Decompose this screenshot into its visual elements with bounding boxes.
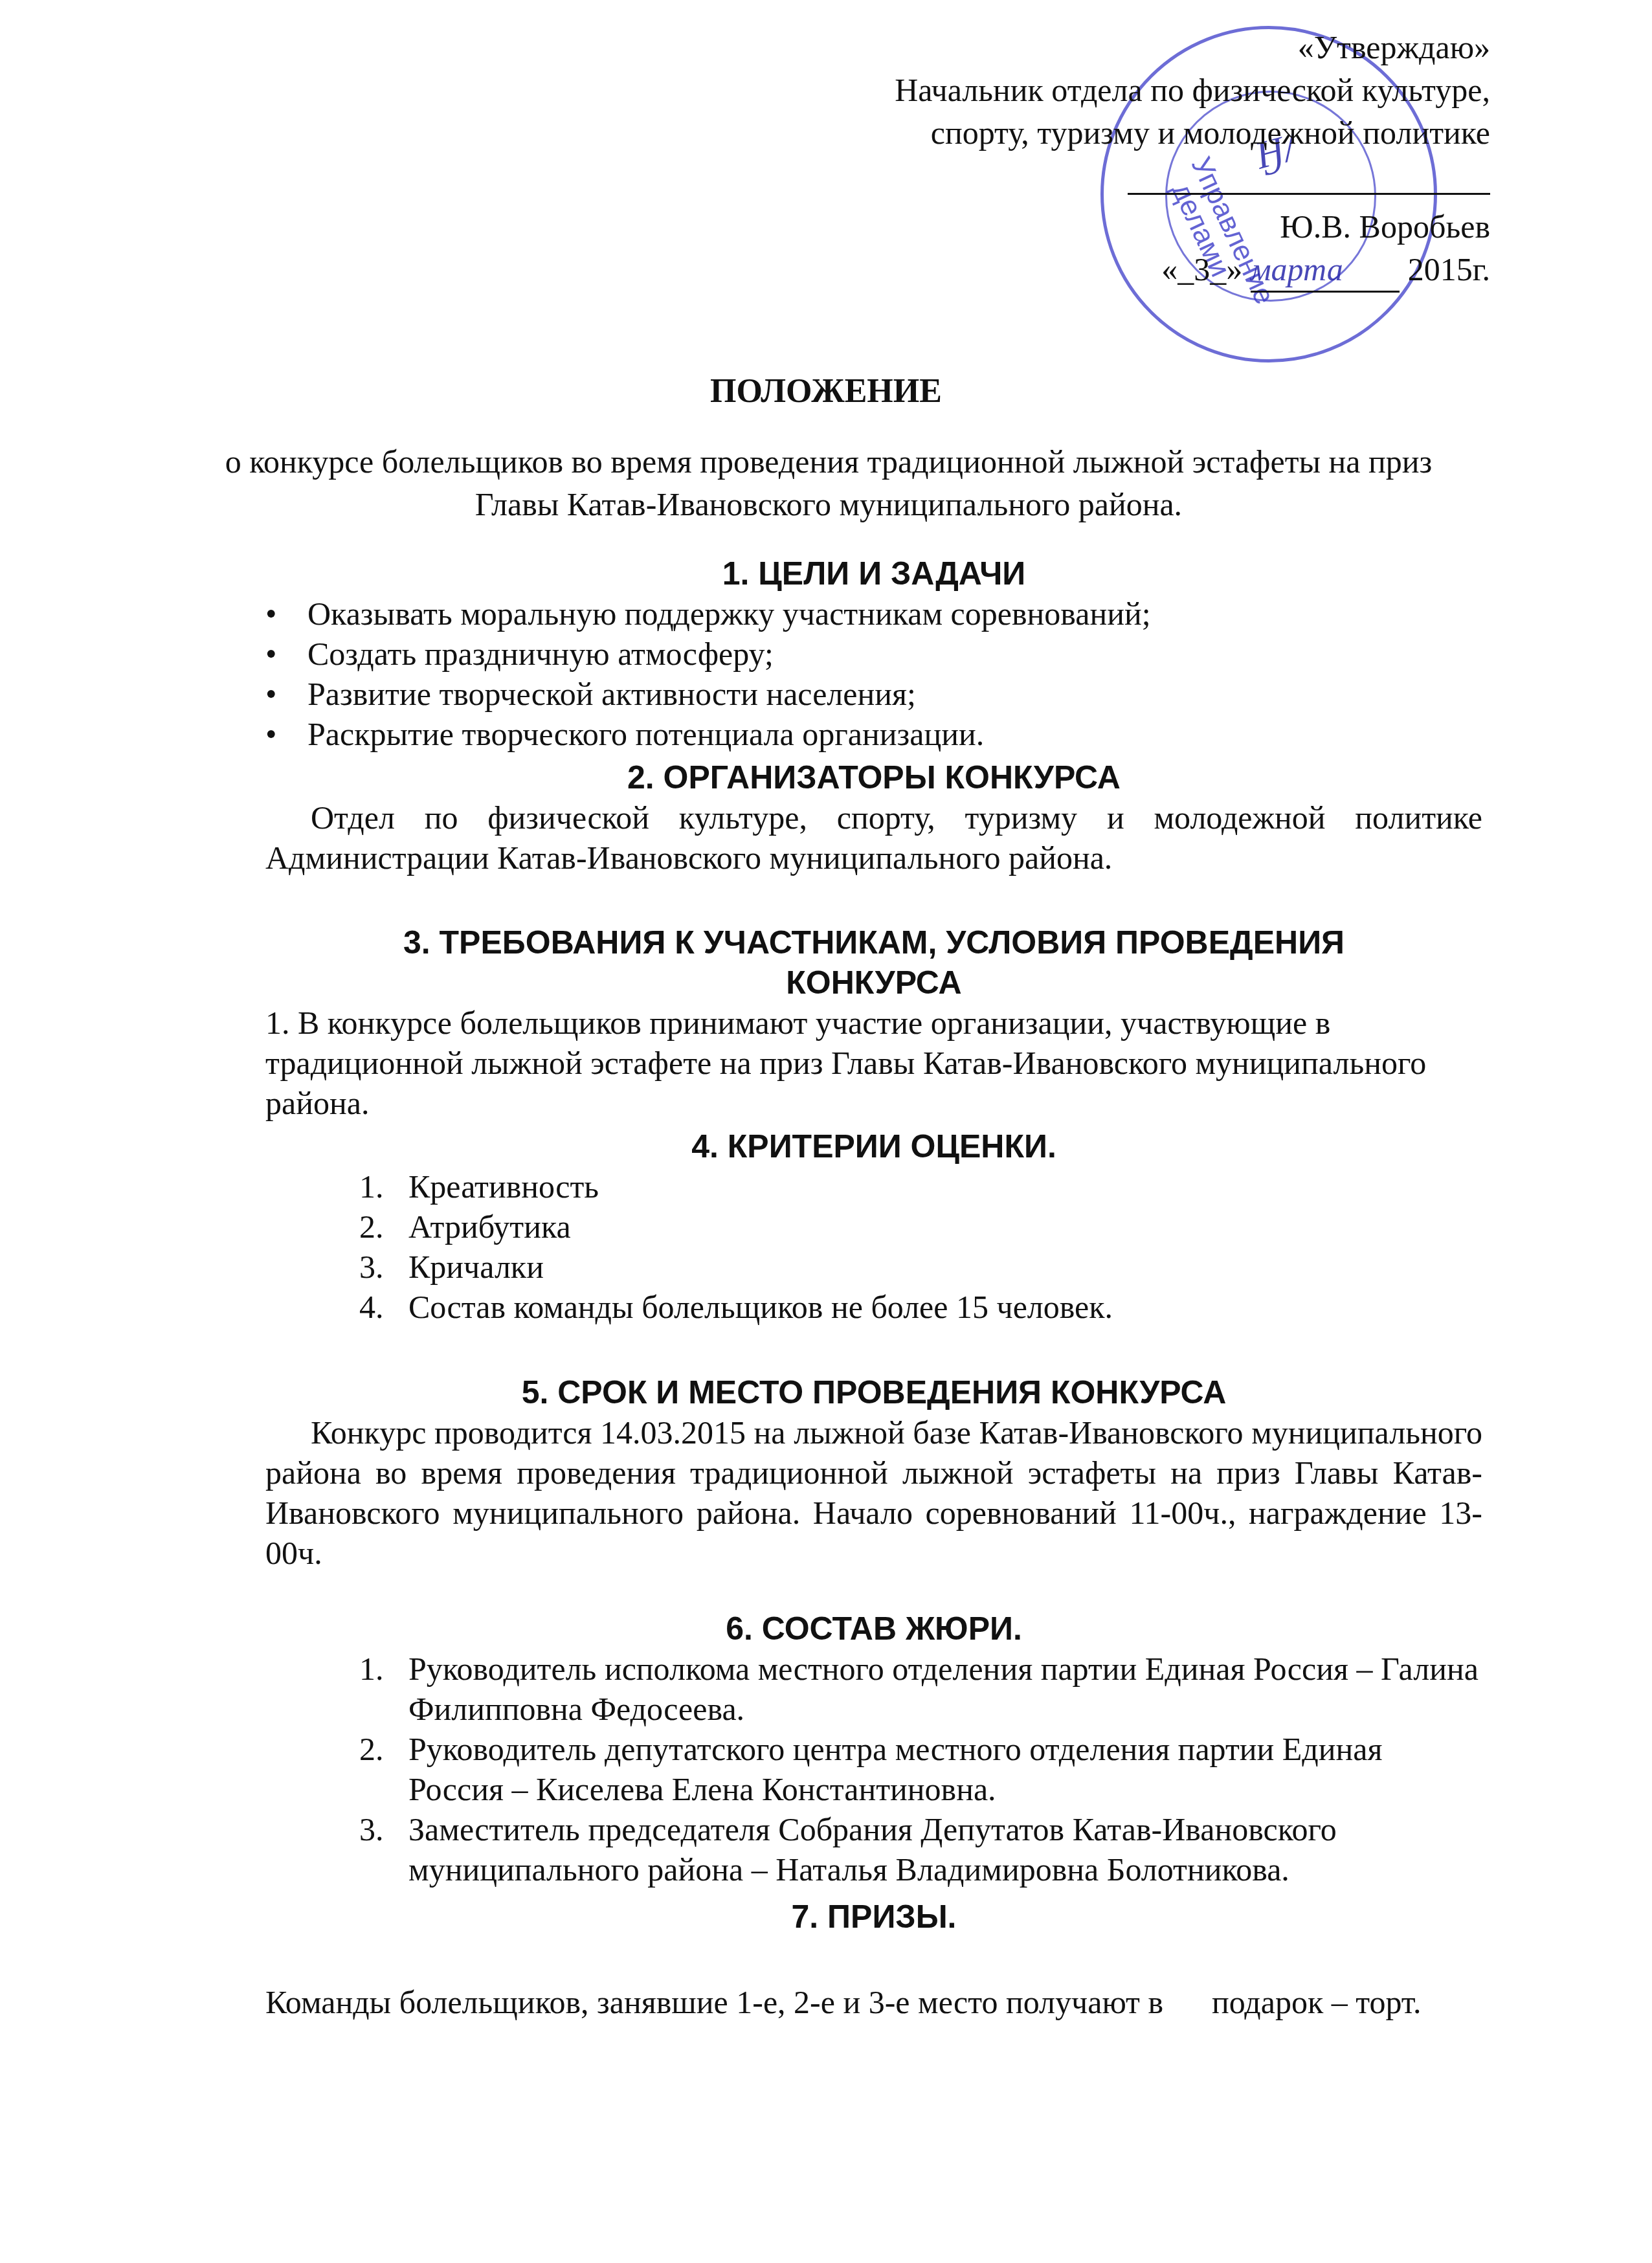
- approval-date-month: марта: [1251, 251, 1343, 287]
- section-heading: 3. ТРЕБОВАНИЯ К УЧАСТНИКАМ, УСЛОВИЯ ПРОВ…: [265, 922, 1482, 1003]
- list-item: 2.Атрибутика: [359, 1207, 1482, 1247]
- list-item: 4.Состав команды болельщиков не более 15…: [359, 1287, 1482, 1327]
- list-item: Развитие творческой активности населения…: [307, 674, 1482, 714]
- section-heading: 4. КРИТЕРИИ ОЦЕНКИ.: [265, 1126, 1482, 1166]
- section-heading: 1. ЦЕЛИ И ЗАДАЧИ: [265, 553, 1482, 594]
- approval-heading: «Утверждаю»: [895, 26, 1490, 69]
- section-prizes: 7. ПРИЗЫ. Команды болельщиков, занявшие …: [265, 1897, 1482, 2022]
- section-text: 1. В конкурсе болельщиков принимают учас…: [265, 1003, 1482, 1123]
- list-item: 3.Кричалки: [359, 1247, 1482, 1287]
- section-goals: 1. ЦЕЛИ И ЗАДАЧИ Оказывать моральную под…: [265, 553, 1482, 754]
- document-title: ПОЛОЖЕНИЕ: [0, 372, 1652, 410]
- section-heading: 7. ПРИЗЫ.: [265, 1897, 1482, 1937]
- section-heading: 6. СОСТАВ ЖЮРИ.: [265, 1609, 1482, 1649]
- list-item: Оказывать моральную поддержку участникам…: [307, 594, 1482, 634]
- approver-name: Ю.В. Воробьев: [895, 205, 1490, 248]
- section-text: Конкурс проводится 14.03.2015 на лыжной …: [265, 1412, 1482, 1573]
- section-requirements: 3. ТРЕБОВАНИЯ К УЧАСТНИКАМ, УСЛОВИЯ ПРОВ…: [265, 922, 1482, 1123]
- list-item: 1.Руководитель исполкома местного отделе…: [359, 1649, 1482, 1729]
- list-item: Раскрытие творческого потенциала организ…: [307, 714, 1482, 754]
- signature-line: [1128, 154, 1490, 195]
- list-item: 2.Руководитель депутатского центра местн…: [359, 1729, 1482, 1809]
- approval-date-year: 2015г.: [1408, 251, 1490, 287]
- list-item: Создать праздничную атмосферу;: [307, 634, 1482, 674]
- list-item: 3.Заместитель председателя Собрания Депу…: [359, 1809, 1482, 1890]
- approval-date: «_3_» марта 2015г.: [895, 248, 1490, 293]
- document-subtitle: о конкурсе болельщиков во время проведен…: [194, 440, 1463, 526]
- section-jury: 6. СОСТАВ ЖЮРИ. 1.Руководитель исполкома…: [265, 1609, 1482, 1890]
- document-page: Управление делами Ӈ/ «Утверждаю» Начальн…: [0, 0, 1652, 2263]
- list-item: 1.Креативность: [359, 1166, 1482, 1207]
- approval-date-day: «_3_»: [1161, 251, 1242, 287]
- section-heading: 5. СРОК И МЕСТО ПРОВЕДЕНИЯ КОНКУРСА: [265, 1372, 1482, 1412]
- approval-position-line1: Начальник отдела по физической культуре,: [895, 69, 1490, 111]
- section-heading: 2. ОРГАНИЗАТОРЫ КОНКУРСА: [265, 757, 1482, 797]
- section-text: Отдел по физической культуре, спорту, ту…: [265, 797, 1482, 878]
- section-organizers: 2. ОРГАНИЗАТОРЫ КОНКУРСА Отдел по физиче…: [265, 757, 1482, 878]
- approval-position-line2: спорту, туризму и молодежной политике: [895, 111, 1490, 154]
- section-text: Команды болельщиков, занявшие 1-е, 2-е и…: [265, 1982, 1482, 2022]
- section-criteria: 4. КРИТЕРИИ ОЦЕНКИ. 1.Креативность 2.Атр…: [265, 1126, 1482, 1327]
- section-date-place: 5. СРОК И МЕСТО ПРОВЕДЕНИЯ КОНКУРСА Конк…: [265, 1372, 1482, 1573]
- approval-block: «Утверждаю» Начальник отдела по физическ…: [895, 26, 1490, 293]
